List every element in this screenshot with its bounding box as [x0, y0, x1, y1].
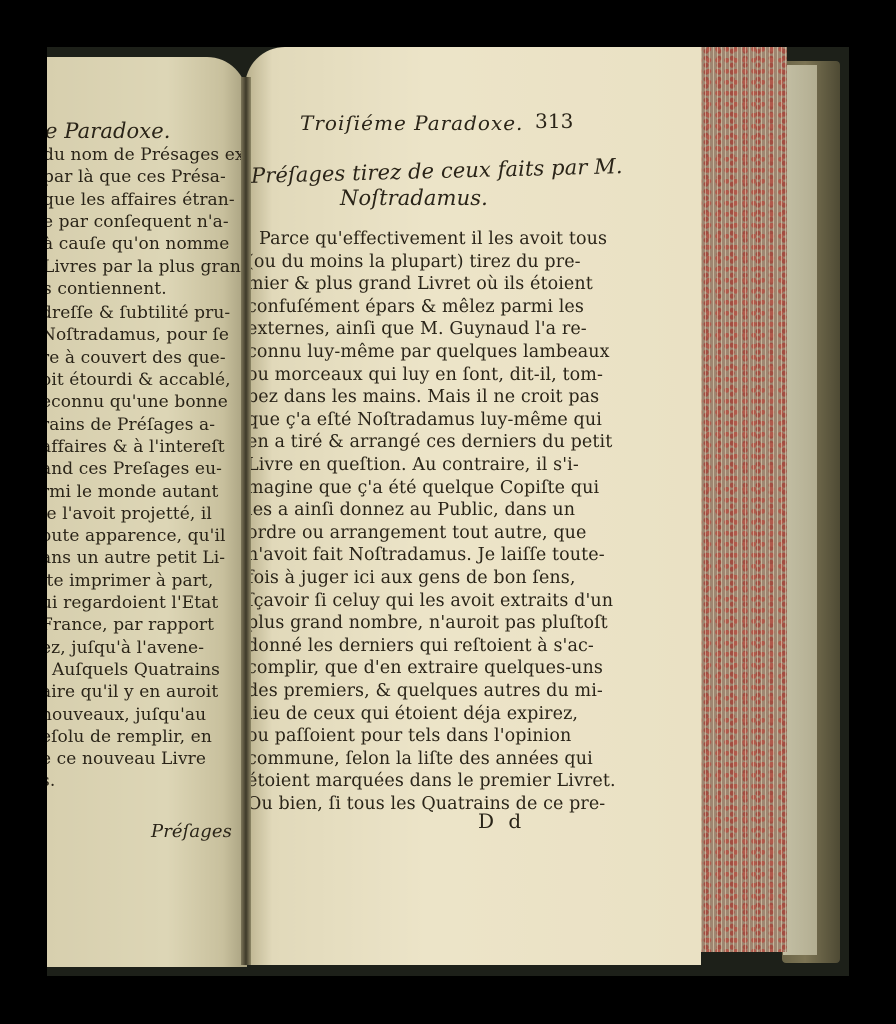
right-text-line: les a ainſi donnez au Public, dans un [247, 500, 575, 520]
left-running-head: e Paradoxe. [47, 119, 171, 143]
right-text-line: que ç'a eſté Noſtradamus luy-même qui [247, 410, 602, 430]
left-text-line: rains de Préſages a- [47, 415, 215, 435]
left-page-text: e Paradoxe. du nom de Présages exapar là… [47, 57, 247, 976]
left-text-line: e par conſequent n'a- [47, 212, 229, 232]
right-page: Troiſiéme Paradoxe. 313 Préſages tirez d… [245, 47, 701, 965]
left-text-line: dreſſe & ſubtilité pru- [47, 303, 230, 323]
right-text-line: externes, ainſi que M. Guynaud l'a re- [247, 319, 587, 339]
left-text-line: que les affaires étran- [47, 190, 235, 210]
left-text-line: par là que ces Présa- [47, 167, 226, 187]
right-text-line: commune, ſelon la liſte des années qui [247, 749, 593, 769]
right-text-line: magine que ç'a été quelque Copiſte qui [247, 478, 599, 498]
right-text-line: ordre ou arrangement tout autre, que [247, 523, 586, 543]
left-text-line: rmi le monde autant [47, 482, 218, 502]
left-text-line: ez, juſqu'à l'avene- [47, 638, 204, 658]
book-photo: e Paradoxe. du nom de Présages exapar là… [47, 47, 849, 976]
right-text-line: bez dans les mains. Mais il ne croit pas [247, 387, 599, 407]
endpaper [783, 65, 817, 955]
right-text-line: donné les derniers qui reſtoient à s'ac- [247, 636, 594, 656]
left-text-line: s. [47, 771, 55, 791]
right-text-line: étoient marquées dans le premier Livret. [247, 771, 616, 791]
left-text-line: nouveaux, juſqu'au [47, 705, 206, 725]
left-page: e Paradoxe. du nom de Présages exapar là… [47, 57, 247, 967]
page-number: 313 [535, 109, 573, 133]
right-text-line: Ou bien, ſi tous les Quatrains de ce pre… [247, 794, 605, 814]
left-text-line: à cauſe qu'on nomme [47, 234, 229, 254]
right-text-line: (ou du moins la plupart) tirez du pre- [247, 252, 581, 272]
right-text-line: plus grand nombre, n'auroit pas pluſtoſt [247, 613, 608, 633]
section-title-line1: Préſages tirez de ceux faits par M. [251, 154, 623, 188]
left-text-line: econnu qu'une bonne [47, 392, 228, 412]
left-text-line: eſolu de remplir, en [47, 727, 212, 747]
right-text-line: Livre en queſtion. Au contraire, il s'i- [247, 455, 579, 475]
left-text-line: ans un autre petit Li- [47, 548, 225, 568]
right-text-line: ou morceaux qui luy en ſont, dit-il, tom… [247, 365, 603, 385]
left-text-line: re à couvert des que- [47, 348, 226, 368]
right-text-line: Parce qu'effectivement il les avoit tous [259, 229, 607, 249]
right-text-line: fois à juger ici aux gens de bon ſens, [247, 568, 576, 588]
left-text-line: ui regardoient l'Etat [47, 593, 218, 613]
left-text-line: France, par rapport [47, 615, 214, 635]
left-text-line: du nom de Présages exa [47, 145, 247, 165]
left-text-line: affaires & à l'intereſt [47, 437, 225, 457]
gutter [241, 77, 251, 965]
right-text-line: ſçavoir ſi celuy qui les avoit extraits … [247, 591, 613, 611]
left-text-line: le l'avoit projetté, il [47, 504, 212, 524]
left-text-line: ite imprimer à part, [47, 571, 213, 591]
left-text-line: e ce nouveau Livre [47, 749, 206, 769]
left-text-line: Noſtradamus, pour ſe [47, 325, 229, 345]
section-title-line2: Noſtradamus. [340, 186, 488, 210]
left-text-line: aire qu'il y en auroit [47, 682, 218, 702]
left-text-line: Livres par la plus gran- [47, 257, 247, 277]
signature-mark: D d [478, 809, 525, 833]
right-text-line: confuſément épars & mêlez parmi les [247, 297, 584, 317]
left-text-line: s contiennent. [47, 279, 167, 299]
right-text-line: connu luy-même par quelques lambeaux [247, 342, 610, 362]
right-text-line: complir, que d'en extraire quelques-uns [247, 658, 603, 678]
right-text-line: lieu de ceux qui étoient déja expirez, [247, 704, 578, 724]
page-stack-edge [697, 47, 787, 952]
right-text-line: des premiers, & quelques autres du mi- [247, 681, 603, 701]
left-text-line: oit étourdi & accablé, [47, 370, 231, 390]
left-catchword: Préſages [151, 821, 232, 842]
right-running-head: Troiſiéme Paradoxe. [300, 111, 523, 135]
left-text-line: . Auſquels Quatrains [47, 660, 220, 680]
left-text-line: oute apparence, qu'il [47, 526, 226, 546]
right-text-line: en a tiré & arrangé ces derniers du peti… [247, 432, 612, 452]
right-text-line: ou paſſoient pour tels dans l'opinion [247, 726, 571, 746]
right-text-line: mier & plus grand Livret où ils étoient [247, 274, 593, 294]
left-text-line: and ces Preſages eu- [47, 459, 222, 479]
right-text-line: n'avoit fait Noſtradamus. Je laiſſe tout… [247, 545, 605, 565]
